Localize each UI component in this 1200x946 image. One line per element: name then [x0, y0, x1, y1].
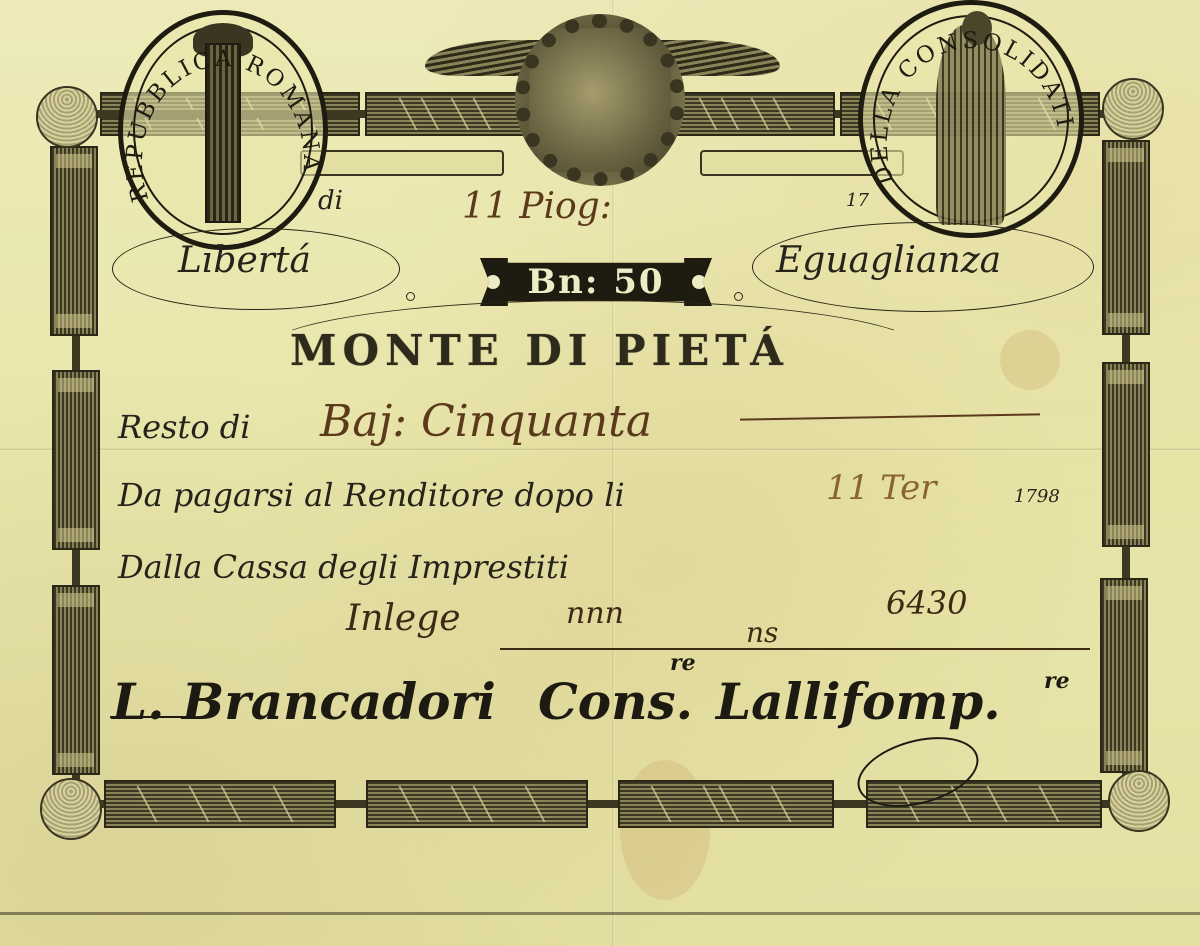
denomination-label: Bn: 50 — [527, 262, 664, 302]
registry-underline — [500, 648, 1090, 650]
signature-superscript-2: re — [1044, 668, 1070, 694]
frame-corner-ornament-top-left — [36, 86, 98, 148]
ribbon-left — [300, 150, 504, 176]
motto-eguaglianza: Eguaglianza — [776, 240, 1001, 281]
signature-first: L. Brancadori — [112, 672, 496, 731]
ornament-dot — [406, 292, 415, 301]
frame-rod-top — [365, 92, 535, 136]
frame-rod-left — [52, 585, 100, 775]
bottom-edge-line — [0, 912, 1200, 915]
denomination-dot-left — [486, 275, 500, 289]
frame-corner-ornament-bottom-left — [40, 778, 102, 840]
paper-stain — [1000, 330, 1060, 390]
laurel-wreath-emblem-icon — [515, 14, 685, 186]
serial-number: 6430 — [886, 584, 967, 622]
signature-third: Lallifomp. — [716, 672, 1001, 731]
signature-second: Cons. — [538, 672, 693, 731]
frame-rod-right — [1102, 362, 1150, 547]
banknote: REPUBBLICA ROMANA DELLA CONSOLIDATI di L… — [0, 0, 1200, 946]
seal-repubblica-romana: REPUBBLICA ROMANA — [118, 10, 328, 250]
seal-legend: DELLA CONSOLIDATI — [863, 5, 1079, 233]
frame-rod-left — [50, 146, 98, 336]
line1-handwritten-amount: Baj: Cinquanta — [320, 396, 652, 447]
seal-consolidati: DELLA CONSOLIDATI — [858, 0, 1084, 238]
frame-rod-bottom — [366, 780, 588, 828]
frame-rod-right — [1100, 578, 1148, 773]
seal-legend: REPUBBLICA ROMANA — [123, 15, 323, 245]
line3-printed-text: Dalla Cassa degli Imprestiti — [118, 548, 569, 586]
page-title: MONTE DI PIETÁ — [290, 326, 789, 375]
amount-underline — [740, 413, 1040, 420]
frame-rod-left — [52, 370, 100, 550]
frame-rod-bottom — [618, 780, 834, 828]
fold-crease-horizontal — [0, 448, 1200, 452]
motto-prefix-di: di — [318, 186, 343, 216]
registry-handwritten-mid: nnn — [566, 596, 624, 631]
frame-rod-right — [1102, 140, 1150, 335]
frame-corner-ornament-top-right — [1102, 78, 1164, 140]
line1-printed-text: Resto di — [118, 408, 250, 446]
ornament-dot — [734, 292, 743, 301]
registry-handwritten-ref: ns — [746, 616, 778, 649]
signature-superscript-1: re — [670, 650, 696, 676]
signature-stroke — [110, 716, 190, 718]
motto-liberta: Libertá — [178, 240, 311, 281]
handwritten-date-top: 11 Piog: — [462, 186, 612, 227]
frame-rod-top — [665, 92, 835, 136]
printed-year-fragment: 17 — [846, 190, 869, 211]
frame-corner-ornament-bottom-right — [1108, 770, 1170, 832]
denomination-box: Bn: 50 — [480, 258, 712, 306]
line2-handwritten-date: 11 Ter — [826, 468, 936, 508]
frame-rod-bottom — [104, 780, 336, 828]
denomination-dot-right — [692, 275, 706, 289]
svg-text:DELLA CONSOLIDATI: DELLA CONSOLIDATI — [867, 28, 1078, 188]
registry-handwritten-left: Inlege — [346, 598, 461, 639]
line2-printed-year: 1798 — [1014, 486, 1060, 507]
line2-printed-text: Da pagarsi al Renditore dopo li — [118, 476, 625, 514]
svg-text:REPUBBLICA ROMANA: REPUBBLICA ROMANA — [123, 46, 323, 205]
